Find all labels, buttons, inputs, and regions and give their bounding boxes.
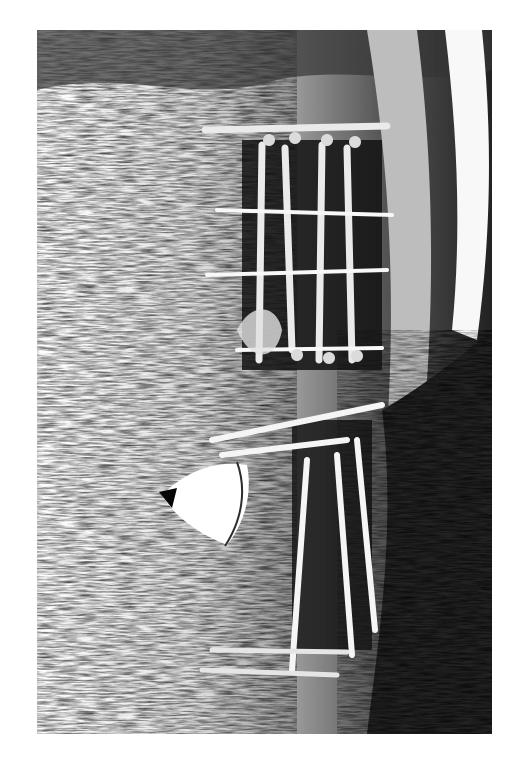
- archival-photograph: [37, 30, 492, 734]
- photo-scene: [37, 30, 492, 734]
